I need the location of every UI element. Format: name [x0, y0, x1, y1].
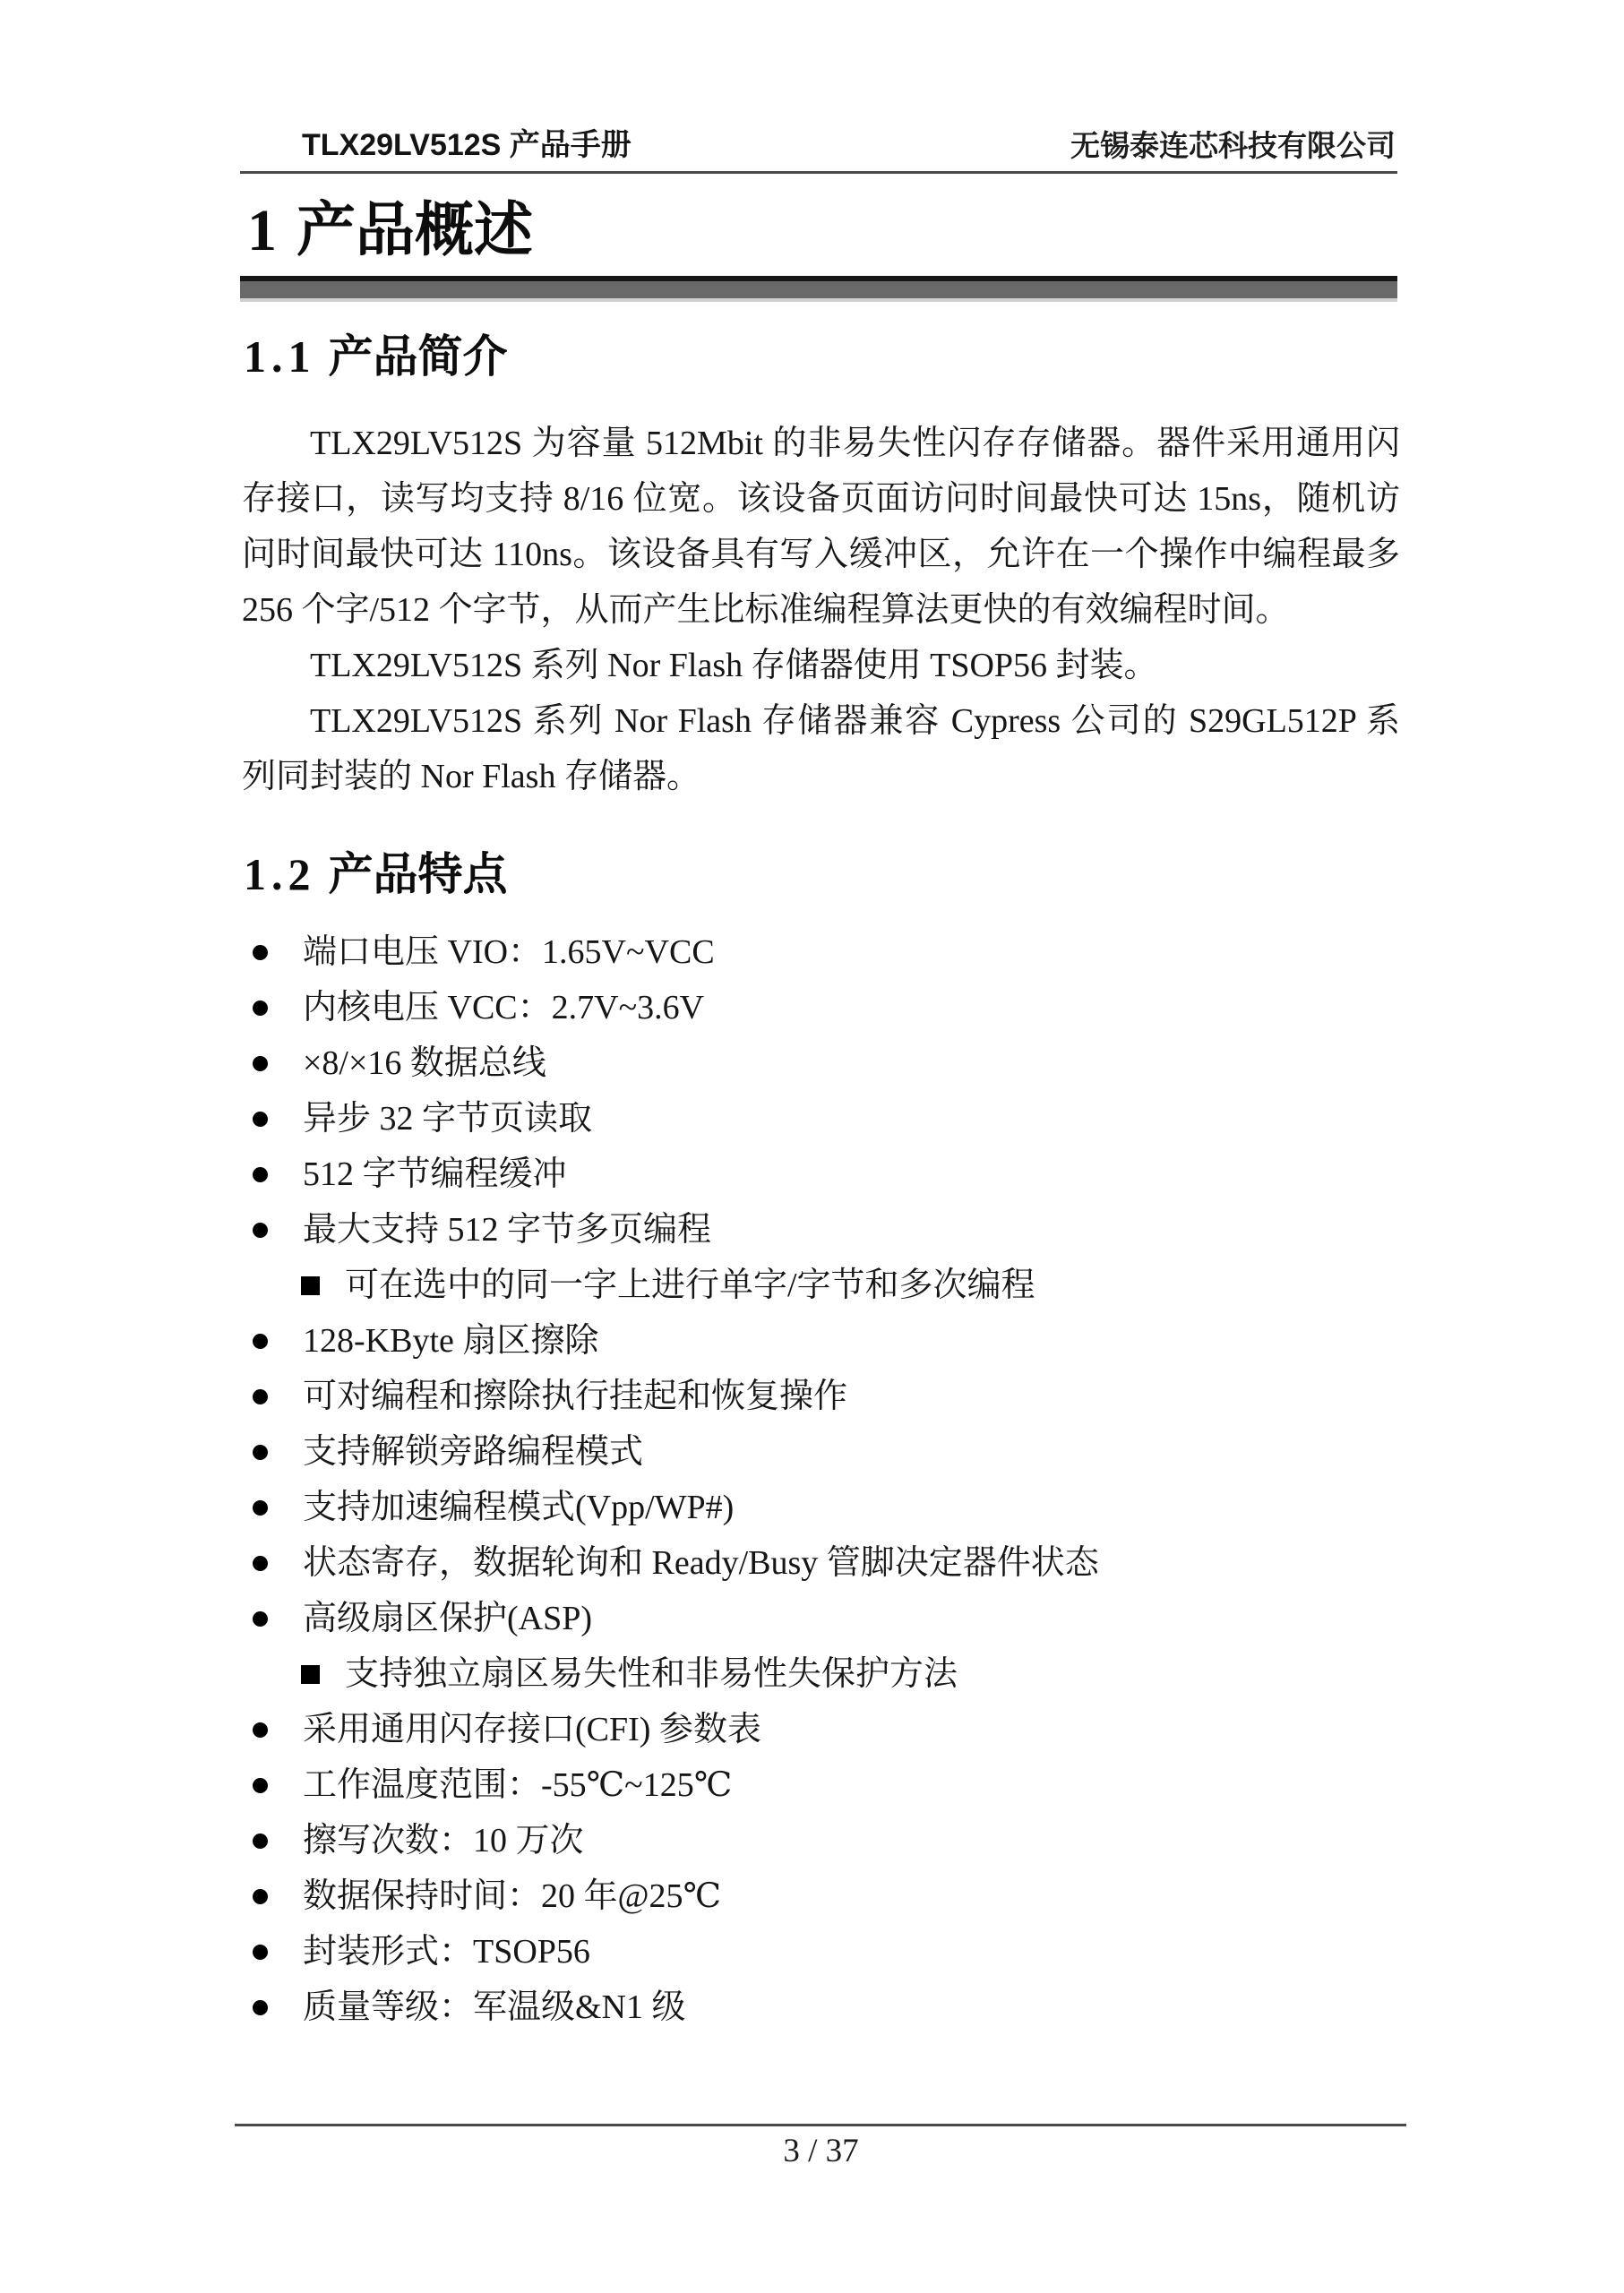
feature-text: 高级扇区保护(ASP): [303, 1600, 592, 1637]
section-number: 1.1: [244, 331, 316, 382]
feature-item: 端口电压 VIO：1.65V~VCC: [242, 924, 1400, 980]
feature-item: 128-KByte 扇区擦除: [242, 1313, 1400, 1369]
chapter-accent-bar: [240, 276, 1397, 302]
feature-text: ×8/×16 数据总线: [303, 1044, 546, 1082]
feature-text: 采用通用闪存接口(CFI) 参数表: [303, 1711, 761, 1748]
feature-text: 128-KByte 扇区擦除: [303, 1322, 598, 1360]
section-title-text: 产品简介: [329, 331, 508, 382]
feature-text: 工作温度范围：-55℃~125℃: [303, 1766, 732, 1804]
feature-text: 支持独立扇区易失性和非易性失保护方法: [345, 1655, 958, 1693]
chapter-number: 1: [247, 198, 277, 263]
square-bullet-icon: [301, 1276, 320, 1295]
feature-item: 512 字节编程缓冲: [242, 1146, 1400, 1202]
circle-bullet-icon: [253, 1334, 268, 1349]
feature-text: 支持解锁旁路编程模式: [303, 1433, 643, 1471]
circle-bullet-icon: [253, 1611, 268, 1627]
header-product-title: TLX29LV512S 产品手册: [302, 126, 632, 164]
intro-paragraph: TLX29LV512S 为容量 512Mbit 的非易失性闪存存储器。器件采用通…: [242, 416, 1400, 638]
feature-item: 支持解锁旁路编程模式: [242, 1424, 1400, 1480]
feature-text: 可对编程和擦除执行挂起和恢复操作: [303, 1378, 847, 1415]
feature-item: 擦写次数：10 万次: [242, 1813, 1400, 1868]
chapter-heading: 1产品概述: [247, 193, 533, 269]
circle-bullet-icon: [253, 1945, 268, 1960]
intro-paragraph: TLX29LV512S 系列 Nor Flash 存储器使用 TSOP56 封装…: [242, 638, 1400, 693]
circle-bullet-icon: [253, 1167, 268, 1182]
circle-bullet-icon: [253, 1056, 268, 1071]
section-number: 1.2: [244, 849, 316, 899]
feature-item: 可对编程和擦除执行挂起和恢复操作: [242, 1369, 1400, 1424]
chapter-title-text: 产品概述: [296, 198, 533, 263]
feature-item: 高级扇区保护(ASP): [242, 1591, 1400, 1646]
section-title-text: 产品特点: [329, 849, 508, 899]
section-heading-features: 1.2产品特点: [244, 847, 508, 901]
feature-text: 异步 32 字节页读取: [303, 1100, 592, 1138]
circle-bullet-icon: [253, 1389, 268, 1404]
feature-text: 内核电压 VCC：2.7V~3.6V: [303, 989, 704, 1026]
feature-item: 状态寄存，数据轮询和 Ready/Busy 管脚决定器件状态: [242, 1535, 1400, 1591]
accent-bar-light-line: [240, 298, 1397, 302]
feature-text: 数据保持时间：20 年@25℃: [303, 1877, 721, 1915]
feature-text: 封装形式：TSOP56: [303, 1933, 590, 1971]
feature-item: ×8/×16 数据总线: [242, 1035, 1400, 1091]
circle-bullet-icon: [253, 1556, 268, 1571]
circle-bullet-icon: [253, 1500, 268, 1516]
feature-item: 采用通用闪存接口(CFI) 参数表: [242, 1702, 1400, 1757]
feature-item: 质量等级：军温级&N1 级: [242, 1980, 1400, 2035]
circle-bullet-icon: [253, 1445, 268, 1460]
feature-item: 工作温度范围：-55℃~125℃: [242, 1757, 1400, 1813]
feature-item: 异步 32 字节页读取: [242, 1091, 1400, 1146]
header-company-name: 无锡泰连芯科技有限公司: [1070, 128, 1396, 164]
circle-bullet-icon: [253, 1223, 268, 1238]
circle-bullet-icon: [253, 1889, 268, 1904]
footer-rule: [235, 2124, 1406, 2126]
feature-text: 最大支持 512 字节多页编程: [303, 1211, 711, 1249]
circle-bullet-icon: [253, 1778, 268, 1793]
square-bullet-icon: [301, 1665, 320, 1684]
feature-text: 512 字节编程缓冲: [303, 1155, 567, 1193]
feature-item: 内核电压 VCC：2.7V~3.6V: [242, 980, 1400, 1035]
circle-bullet-icon: [253, 1001, 268, 1016]
feature-subitem: 可在选中的同一字上进行单字/字节和多次编程: [242, 1258, 1400, 1313]
header-rule: [240, 171, 1397, 174]
circle-bullet-icon: [253, 1112, 268, 1127]
feature-text: 状态寄存，数据轮询和 Ready/Busy 管脚决定器件状态: [303, 1544, 1099, 1582]
intro-paragraph: TLX29LV512S 系列 Nor Flash 存储器兼容 Cypress 公…: [242, 693, 1400, 804]
circle-bullet-icon: [253, 1834, 268, 1849]
feature-item: 支持加速编程模式(Vpp/WP#): [242, 1480, 1400, 1535]
page-number: 3 / 37: [242, 2132, 1400, 2171]
feature-item: 数据保持时间：20 年@25℃: [242, 1868, 1400, 1924]
circle-bullet-icon: [253, 2000, 268, 2015]
feature-item: 最大支持 512 字节多页编程: [242, 1202, 1400, 1258]
feature-text: 擦写次数：10 万次: [303, 1822, 584, 1859]
feature-text: 质量等级：军温级&N1 级: [303, 1988, 686, 2026]
circle-bullet-icon: [253, 945, 268, 960]
accent-bar-gray-band: [240, 281, 1397, 298]
circle-bullet-icon: [253, 1722, 268, 1738]
features-list: 端口电压 VIO：1.65V~VCC 内核电压 VCC：2.7V~3.6V ×8…: [242, 924, 1400, 2035]
feature-text: 端口电压 VIO：1.65V~VCC: [303, 933, 715, 971]
feature-subitem: 支持独立扇区易失性和非易性失保护方法: [242, 1646, 1400, 1702]
feature-item: 封装形式：TSOP56: [242, 1924, 1400, 1980]
section-heading-intro: 1.1产品简介: [244, 330, 508, 383]
intro-paragraphs: TLX29LV512S 为容量 512Mbit 的非易失性闪存存储器。器件采用通…: [242, 416, 1400, 804]
feature-text: 支持加速编程模式(Vpp/WP#): [303, 1489, 734, 1526]
feature-text: 可在选中的同一字上进行单字/字节和多次编程: [345, 1267, 1035, 1304]
